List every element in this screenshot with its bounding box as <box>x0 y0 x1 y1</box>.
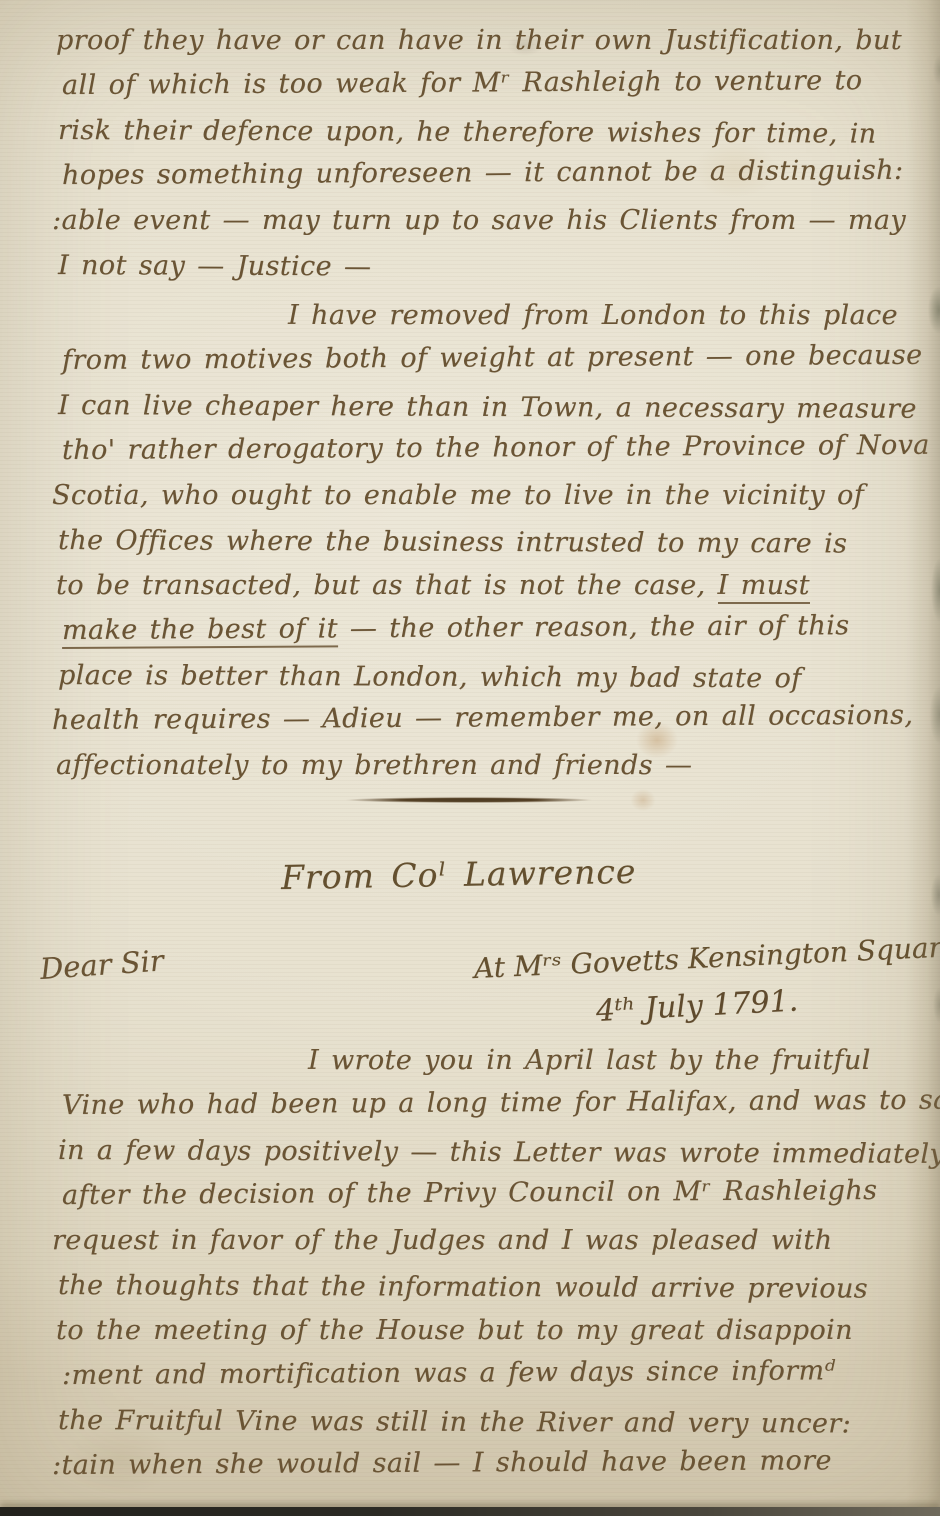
manuscript-line: to the meeting of the House but to my gr… <box>56 1308 940 1353</box>
manuscript-line: health requires — Adieu — remember me, o… <box>52 693 930 743</box>
manuscript-line: Vine who had been up a long time for Hal… <box>62 1077 940 1128</box>
manuscript-line: make the best of it — the other reason, … <box>62 603 930 653</box>
manuscript-line: all of which is too weak for Mʳ Rashleig… <box>62 58 906 108</box>
manuscript-line: hopes something unforeseen — it cannot b… <box>62 148 906 198</box>
manuscript-line: :able event — may turn up to save his Cl… <box>52 198 906 243</box>
manuscript-line: Scotia, who ought to enable me to live i… <box>52 473 930 518</box>
address-line: At Mʳˢ Govetts Kensington Square <box>473 930 940 985</box>
letter-heading: From Coˡ Lawrence <box>281 852 637 897</box>
manuscript-line: after the decision of the Privy Council … <box>62 1167 940 1218</box>
manuscript-line: I wrote you in April last by the fruitfu… <box>56 1038 940 1083</box>
paragraph-closing: I have removed from London to this place… <box>56 293 930 788</box>
manuscript-page: proof they have or can have in their own… <box>0 0 940 1516</box>
manuscript-line: request in favor of the Judges and I was… <box>52 1218 940 1263</box>
manuscript-line: the thoughts that the information would … <box>58 1263 940 1312</box>
manuscript-line: :tain when she would sail — I should hav… <box>52 1437 940 1488</box>
underlined-phrase: make the best of it <box>62 613 338 649</box>
manuscript-line: to be transacted, but as that is not the… <box>56 563 930 608</box>
salutation: Dear Sir <box>39 943 165 986</box>
manuscript-line: from two motives both of weight at prese… <box>62 333 930 383</box>
manuscript-line: tho' rather derogatory to the honor of t… <box>62 423 930 473</box>
manuscript-line: I have removed from London to this place <box>56 293 930 338</box>
flourish-divider <box>343 797 595 803</box>
line-segment: to be transacted, but as that is not the… <box>56 570 718 601</box>
manuscript-line: :ment and mortification was a few days s… <box>62 1347 940 1398</box>
paper-bottom-edge <box>0 1507 940 1516</box>
paragraph-continuation: proof they have or can have in their own… <box>56 18 906 288</box>
underlined-phrase: I must <box>718 570 810 604</box>
manuscript-line: the Offices where the business intrusted… <box>58 518 930 567</box>
line-segment: — the other reason, the air of this <box>338 610 850 644</box>
manuscript-line: I not say — Justice — <box>58 243 906 292</box>
date-line: 4ᵗʰ July 1791. <box>595 983 799 1029</box>
paragraph-second-letter: I wrote you in April last by the fruitfu… <box>56 1038 940 1488</box>
manuscript-line: affectionately to my brethren and friend… <box>56 743 930 788</box>
manuscript-line: proof they have or can have in their own… <box>56 18 906 63</box>
